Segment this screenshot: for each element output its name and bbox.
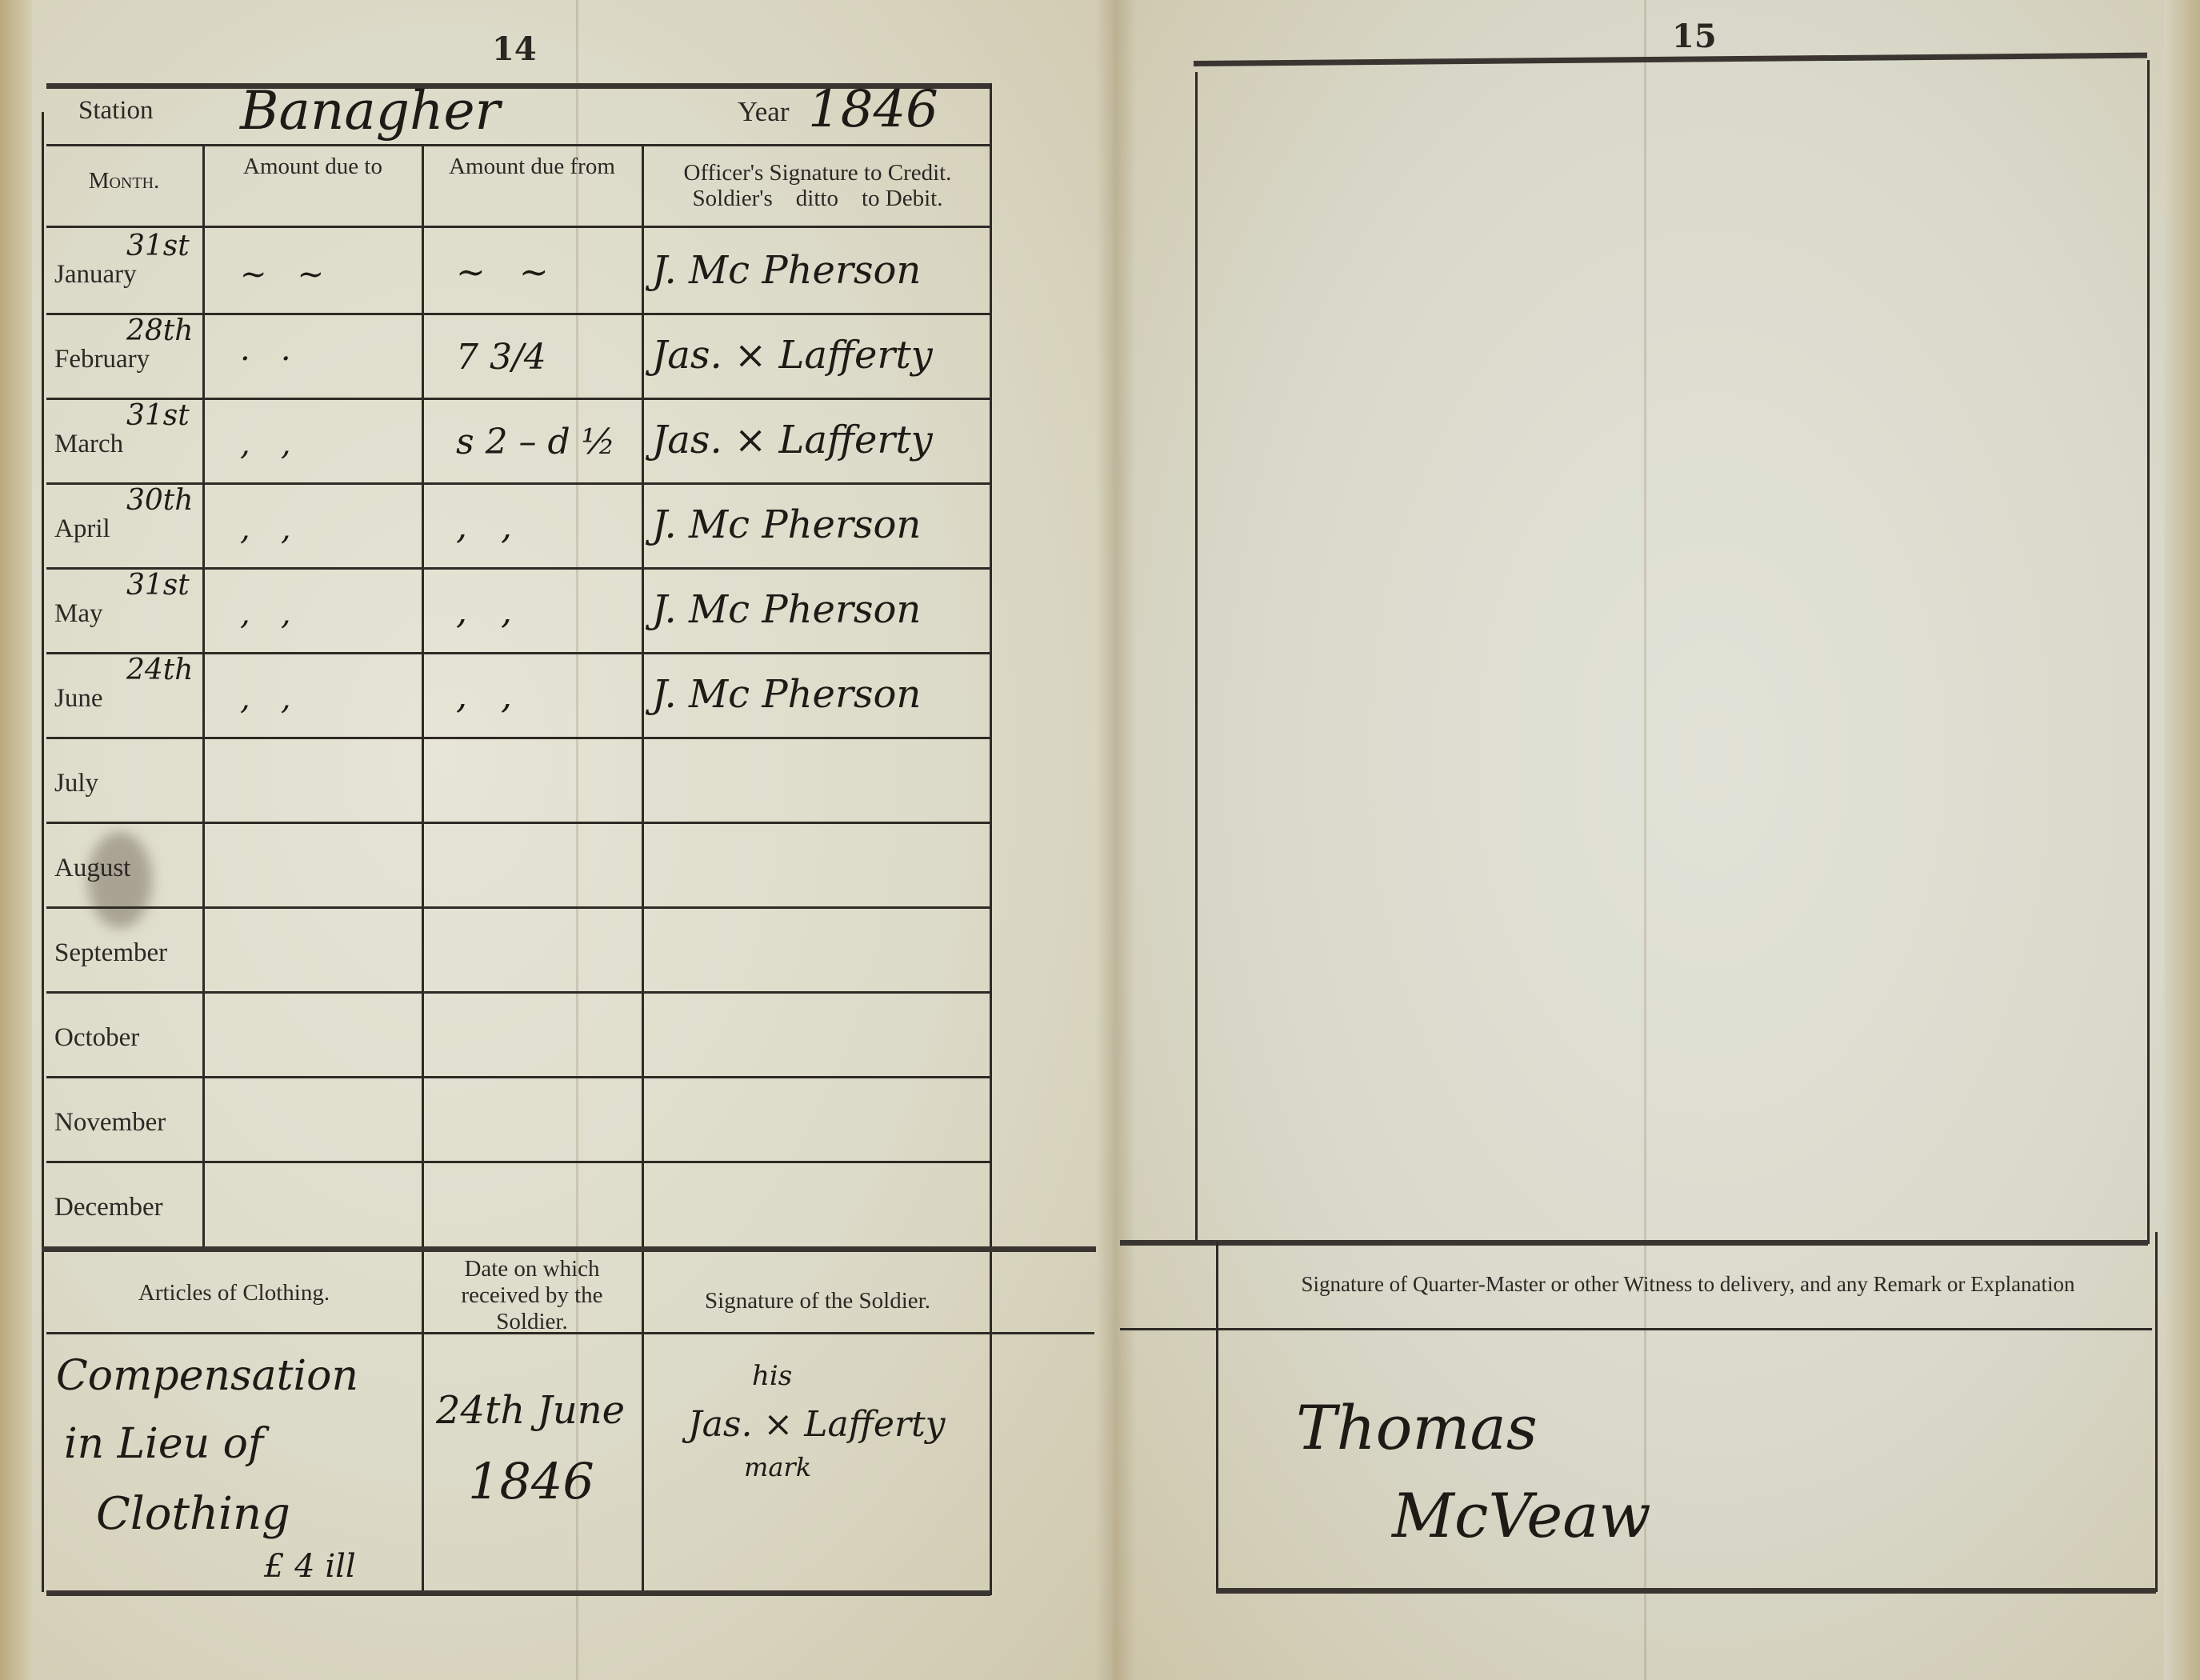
- table-left-border: [42, 112, 44, 1592]
- witness-bottom-border: [1216, 1588, 2156, 1594]
- fold-crease: [1644, 0, 1646, 1680]
- soldier-sig-his: his: [752, 1360, 792, 1392]
- row-divider: [46, 313, 990, 315]
- col-header-amount-due-to: Amount due to: [206, 154, 419, 180]
- articles-line-1: Compensation: [56, 1352, 358, 1400]
- table-bottom-border: [46, 1590, 990, 1596]
- month-label: March: [54, 430, 123, 459]
- box-right-border: [2147, 60, 2150, 1244]
- col-divider: [202, 144, 205, 1252]
- row-divider: [46, 822, 990, 824]
- month-label: December: [54, 1193, 163, 1222]
- col-header-soldier-signature: Signature of the Soldier.: [646, 1288, 989, 1314]
- clothing-top-border: [42, 1246, 1096, 1252]
- box-left-border: [1195, 72, 1198, 1244]
- book-gutter: [1096, 0, 1136, 1680]
- witness-left-border: [1216, 1242, 1218, 1594]
- month-label: April: [54, 514, 110, 544]
- amount-due-to-cell: , ,: [240, 510, 291, 547]
- month-label: August: [54, 854, 130, 883]
- month-day: 31st: [126, 399, 190, 432]
- amount-due-from-cell: 7 3/4: [456, 337, 546, 378]
- month-label: July: [54, 769, 98, 798]
- amount-due-to-cell: · ·: [240, 341, 291, 378]
- row-divider: [46, 906, 990, 909]
- row-divider: [46, 482, 990, 485]
- signature-cell: J. Mc Pherson: [652, 248, 921, 293]
- amount-due-to-cell: , ,: [240, 595, 291, 632]
- month-label: October: [54, 1023, 139, 1053]
- amount-due-to-cell: , ,: [240, 680, 291, 717]
- amount-due-from-cell: , ,: [456, 506, 512, 547]
- col-header-signature-2: Soldier's ditto to Debit.: [646, 186, 989, 212]
- right-page: [1112, 0, 2200, 1680]
- witness-right-border: [2155, 1232, 2158, 1592]
- row-divider: [46, 1161, 990, 1163]
- month-label: September: [54, 938, 167, 968]
- witness-top-border: [1120, 1240, 2148, 1246]
- witness-header: Signature of Quarter-Master or other Wit…: [1224, 1272, 2152, 1297]
- month-label: May: [54, 599, 103, 629]
- articles-amount: £ 4 ill: [264, 1548, 356, 1585]
- articles-line-3: Clothing: [96, 1488, 290, 1540]
- soldier-sig-mark: mark: [744, 1452, 811, 1482]
- page-number: 15: [1672, 18, 1717, 55]
- month-day: 31st: [126, 569, 190, 602]
- row-divider: [46, 1076, 990, 1078]
- signature-cell: J. Mc Pherson: [652, 502, 921, 547]
- table-rule: [46, 144, 990, 146]
- articles-line-2: in Lieu of: [64, 1420, 263, 1468]
- col-divider: [642, 144, 644, 1596]
- book-right-edge: [2164, 0, 2200, 1680]
- signature-cell: Jas. × Lafferty: [652, 418, 933, 462]
- witness-signature-line-1: Thomas: [1296, 1392, 1538, 1463]
- date-received-line-2: 1846: [468, 1452, 594, 1510]
- month-label: January: [54, 260, 137, 290]
- month-day: 30th: [126, 484, 193, 517]
- month-label: February: [54, 345, 150, 374]
- amount-due-to-cell: ~ ~: [240, 256, 324, 293]
- amount-due-to-cell: , ,: [240, 426, 291, 462]
- amount-due-from-cell: ~ ~: [456, 252, 549, 293]
- month-label: November: [54, 1108, 166, 1138]
- col-header-amount-due-from: Amount due from: [426, 154, 638, 180]
- col-divider: [422, 144, 424, 1596]
- row-divider: [46, 737, 990, 739]
- book-left-edge: [0, 0, 32, 1680]
- col-header-signature-1: Officer's Signature to Credit.: [646, 160, 989, 186]
- row-divider: [46, 398, 990, 400]
- year-value: 1846: [808, 80, 938, 139]
- amount-due-from-cell: , ,: [456, 676, 512, 717]
- col-header-month: Month.: [48, 168, 200, 194]
- col-header-articles: Articles of Clothing.: [48, 1280, 420, 1306]
- signature-cell: Jas. × Lafferty: [652, 333, 933, 378]
- month-day: 24th: [126, 654, 193, 686]
- row-divider: [46, 567, 990, 570]
- row-divider: [46, 652, 990, 654]
- row-divider: [46, 991, 990, 994]
- amount-due-from-cell: s 2 – d ½: [456, 422, 615, 462]
- page-number: 14: [492, 30, 537, 68]
- table-rule: [46, 226, 990, 228]
- signature-cell: J. Mc Pherson: [652, 672, 921, 717]
- station-value: Banagher: [240, 80, 500, 142]
- station-label: Station: [78, 96, 154, 126]
- date-received-line-1: 24th June: [436, 1388, 625, 1433]
- table-right-border: [990, 83, 992, 1595]
- month-label: June: [54, 684, 103, 714]
- month-day: 28th: [126, 314, 193, 347]
- col-header-date: Date on which received by the Soldier.: [436, 1256, 628, 1335]
- year-label: Year: [738, 96, 790, 128]
- month-day: 31st: [126, 230, 190, 262]
- table-rule: [1120, 1328, 2152, 1330]
- table-rule: [46, 1332, 1094, 1334]
- amount-due-from-cell: , ,: [456, 591, 512, 632]
- soldier-sig-name: Jas. × Lafferty: [688, 1404, 946, 1445]
- witness-signature-line-2: McVeaw: [1392, 1480, 1651, 1551]
- signature-cell: J. Mc Pherson: [652, 587, 921, 632]
